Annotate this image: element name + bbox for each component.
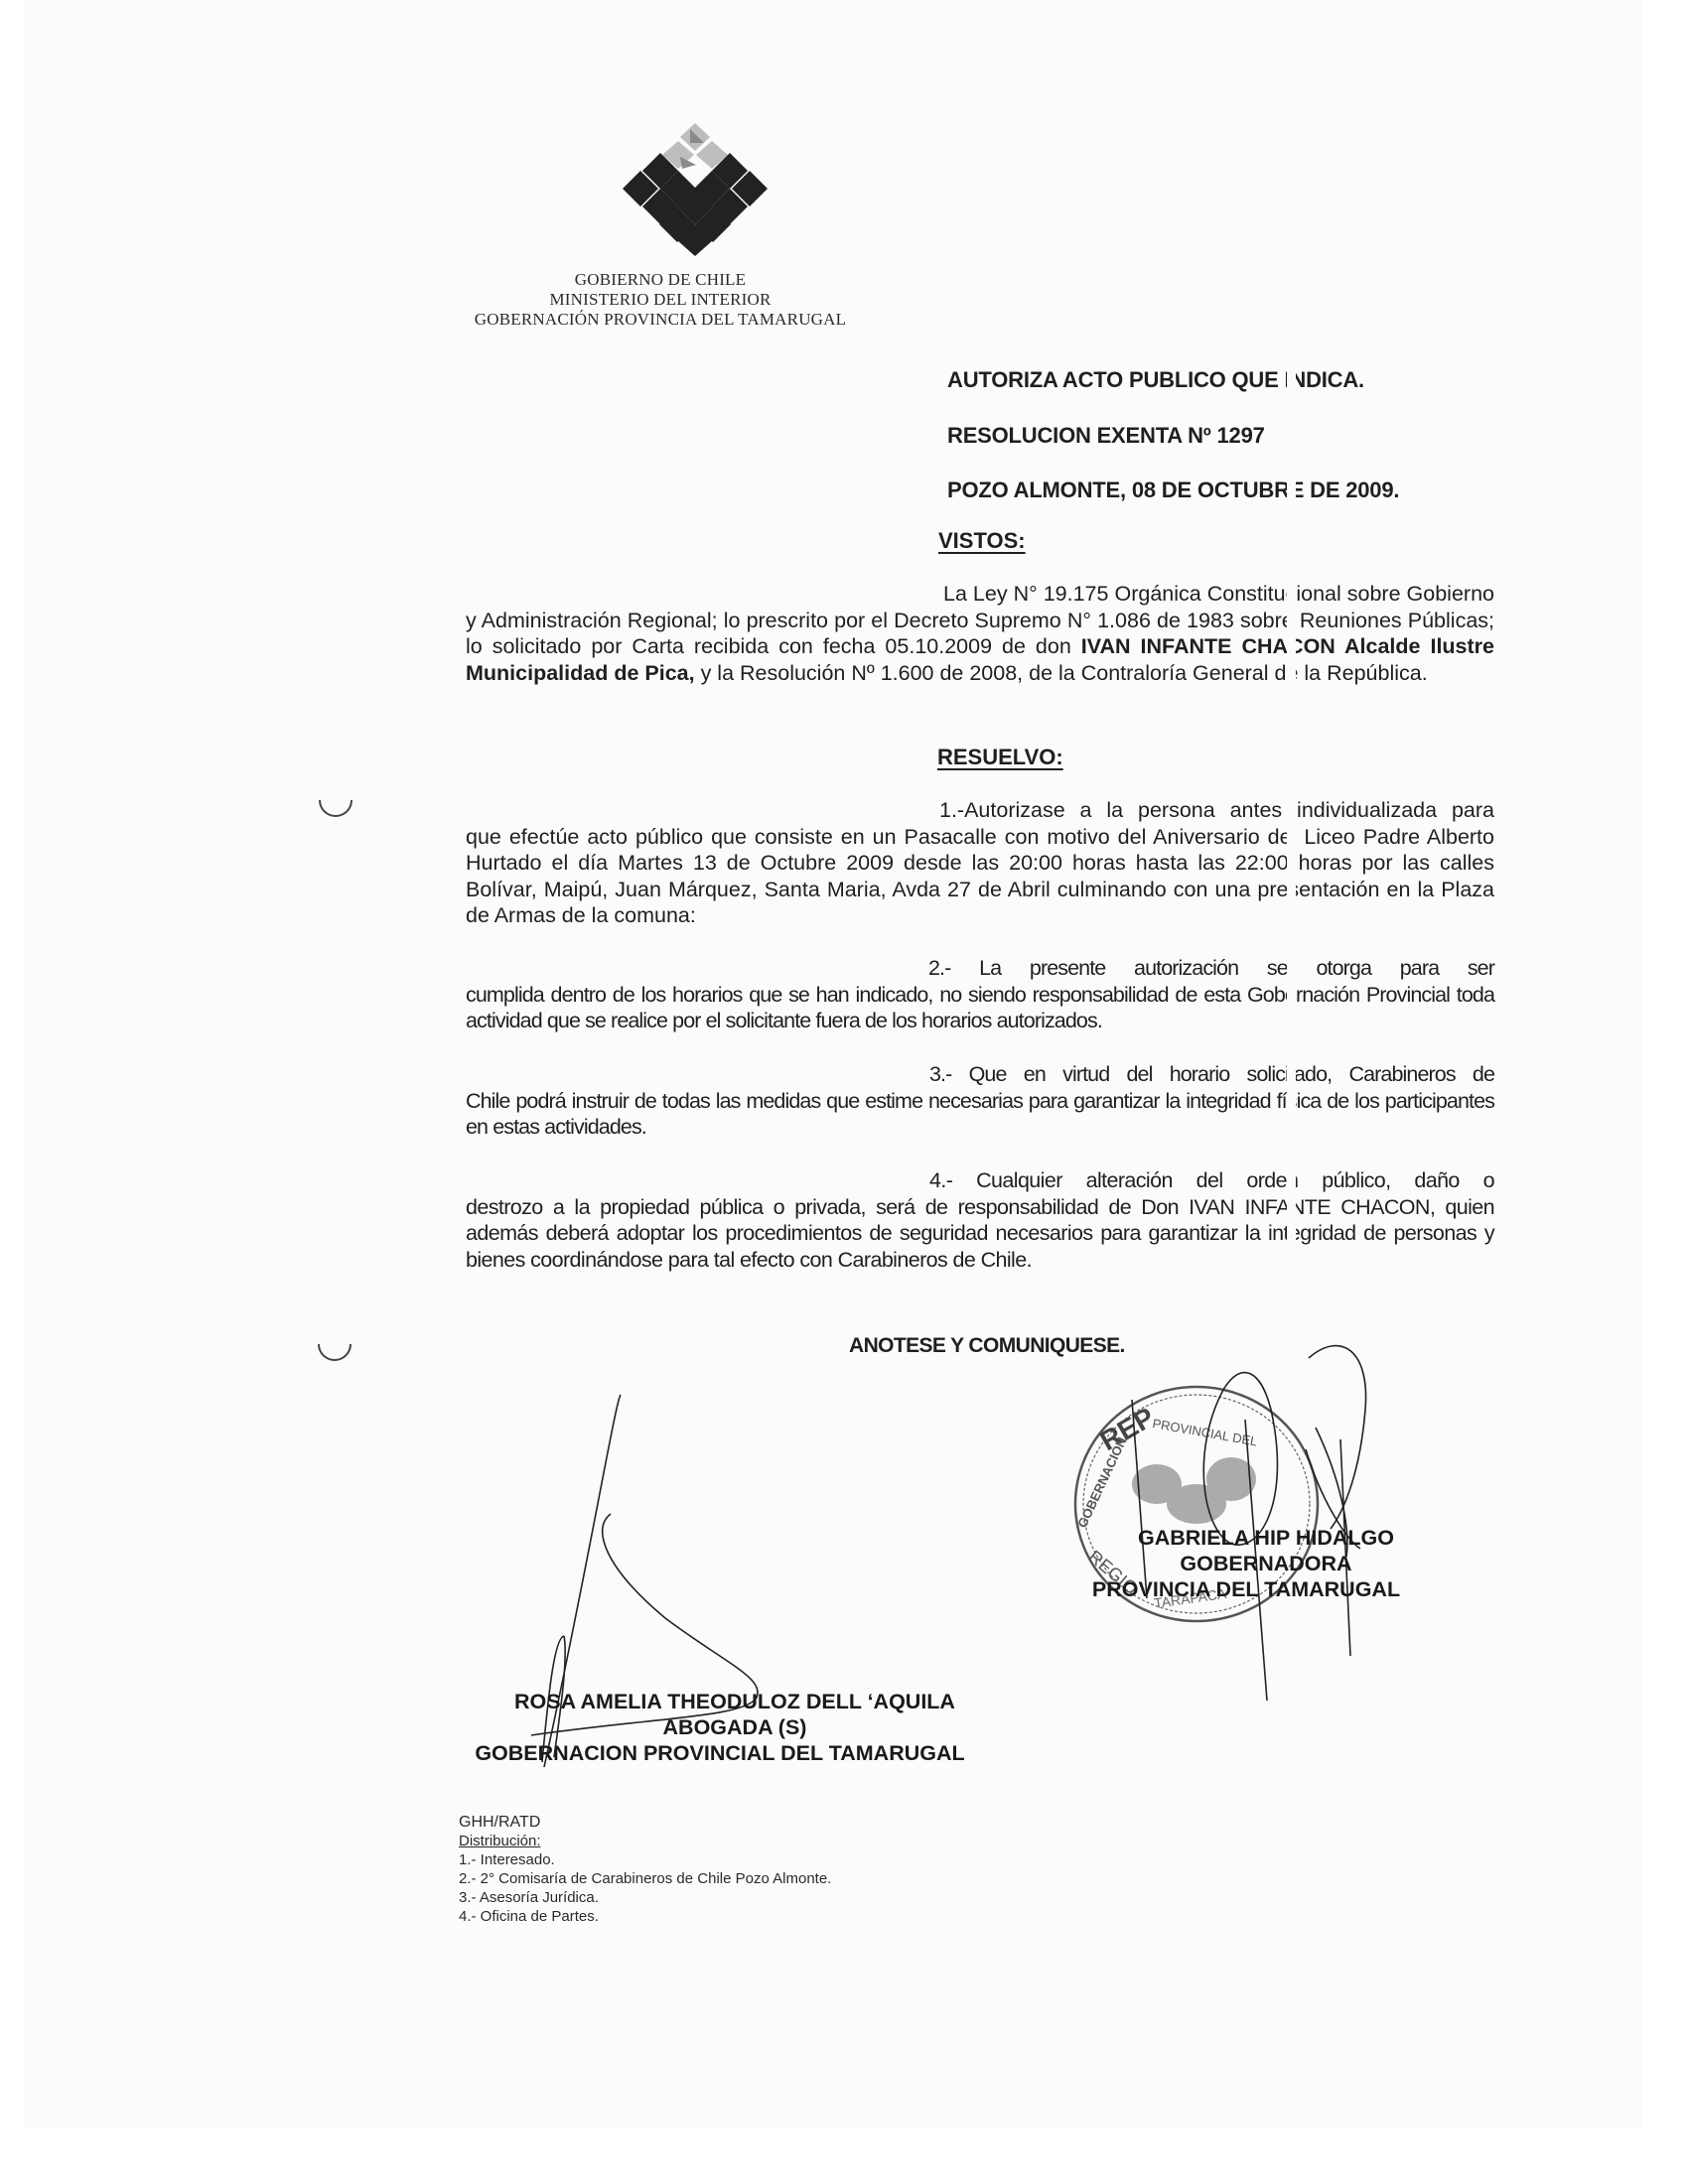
resolution-item-4: 4.- Cualquier alteración del orden públi… [466, 1167, 1494, 1273]
item-1-lead: 1.-Autorizase a la persona antes individ… [466, 797, 1494, 824]
scan-gap-artifact [1287, 357, 1296, 1350]
distribution-label: Distribución: [459, 1832, 831, 1850]
resolution-item-3: 3.- Que en virtud del horario solicitado… [466, 1061, 1494, 1141]
item-1-body: que efectúe acto público que consiste en… [466, 824, 1494, 929]
item-4-body: destrozo a la propiedad pública o privad… [466, 1194, 1494, 1274]
svg-text:REP: REP [1095, 1402, 1160, 1457]
resolution-number: RESOLUCION EXENTA Nº 1297 [947, 423, 1265, 449]
distribution-item: 4.- Oficina de Partes. [459, 1907, 831, 1926]
hole-punch-icon [315, 1330, 354, 1370]
signatory-left-office: GOBERNACION PROVINCIAL DEL TAMARUGAL [457, 1740, 983, 1766]
resuelvo-heading: RESUELVO: [937, 745, 1063, 770]
document-subject: AUTORIZA ACTO PUBLICO QUE INDICA. [947, 367, 1364, 393]
vistos-heading: VISTOS: [938, 528, 1026, 554]
item-4-lead: 4.- Cualquier alteración del orden públi… [466, 1167, 1494, 1194]
signatory-right-role: GOBERNADORA [1087, 1551, 1445, 1576]
signature-scribble-gobernadora [1172, 1330, 1410, 1707]
item-3-body: Chile podrá instruir de todas las medida… [466, 1088, 1494, 1141]
author-initials: GHH/RATD [459, 1813, 831, 1832]
item-2-lead: 2.- La presente autorización se otorga p… [466, 955, 1494, 982]
item-2-body: cumplida dentro de los horarios que se h… [466, 982, 1494, 1034]
item-3-lead: 3.- Que en virtud del horario solicitado… [466, 1061, 1494, 1088]
distribution-block: GHH/RATD Distribución: 1.- Interesado. 2… [459, 1813, 831, 1926]
signatory-left: ROSA AMELIA THEODULOZ DELL ‘AQUILA ABOGA… [457, 1689, 983, 1766]
distribution-item: 2.- 2° Comisaría de Carabineros de Chile… [459, 1869, 831, 1888]
distribution-item: 1.- Interesado. [459, 1850, 831, 1869]
resolution-item-1: 1.-Autorizase a la persona antes individ… [466, 797, 1494, 929]
letterhead: GOBIERNO DE CHILE MINISTERIO DEL INTERIO… [447, 270, 874, 330]
closing-formula: ANOTESE Y COMUNIQUESE. [849, 1334, 1125, 1358]
signatory-right-office: PROVINCIA DEL TAMARUGAL [1048, 1576, 1445, 1602]
chile-government-logo-icon [621, 119, 770, 258]
letterhead-line-ministry: MINISTERIO DEL INTERIOR [447, 290, 874, 310]
distribution-item: 3.- Asesoría Jurídica. [459, 1888, 831, 1907]
letterhead-line-province: GOBERNACIÓN PROVINCIA DEL TAMARUGAL [447, 310, 874, 330]
vistos-text: La Ley N° 19.175 Orgánica Constitucional… [466, 581, 1494, 686]
place-and-date: POZO ALMONTE, 08 DE OCTUBRE DE 2009. [947, 478, 1399, 503]
vistos-paragraph: La Ley N° 19.175 Orgánica Constitucional… [466, 581, 1494, 686]
signatory-left-name: ROSA AMELIA THEODULOZ DELL ‘AQUILA [487, 1689, 983, 1714]
hole-punch-icon [316, 784, 355, 824]
resolution-item-2: 2.- La presente autorización se otorga p… [466, 955, 1494, 1034]
signatory-right: GABRIELA HIP HIDALGO GOBERNADORA PROVINC… [1087, 1525, 1445, 1602]
letterhead-line-government: GOBIERNO DE CHILE [447, 270, 874, 290]
signatory-right-name: GABRIELA HIP HIDALGO [1087, 1525, 1445, 1551]
signatory-left-role: ABOGADA (S) [487, 1714, 983, 1740]
svg-text:GOBERNACION: GOBERNACION [1074, 1434, 1129, 1530]
